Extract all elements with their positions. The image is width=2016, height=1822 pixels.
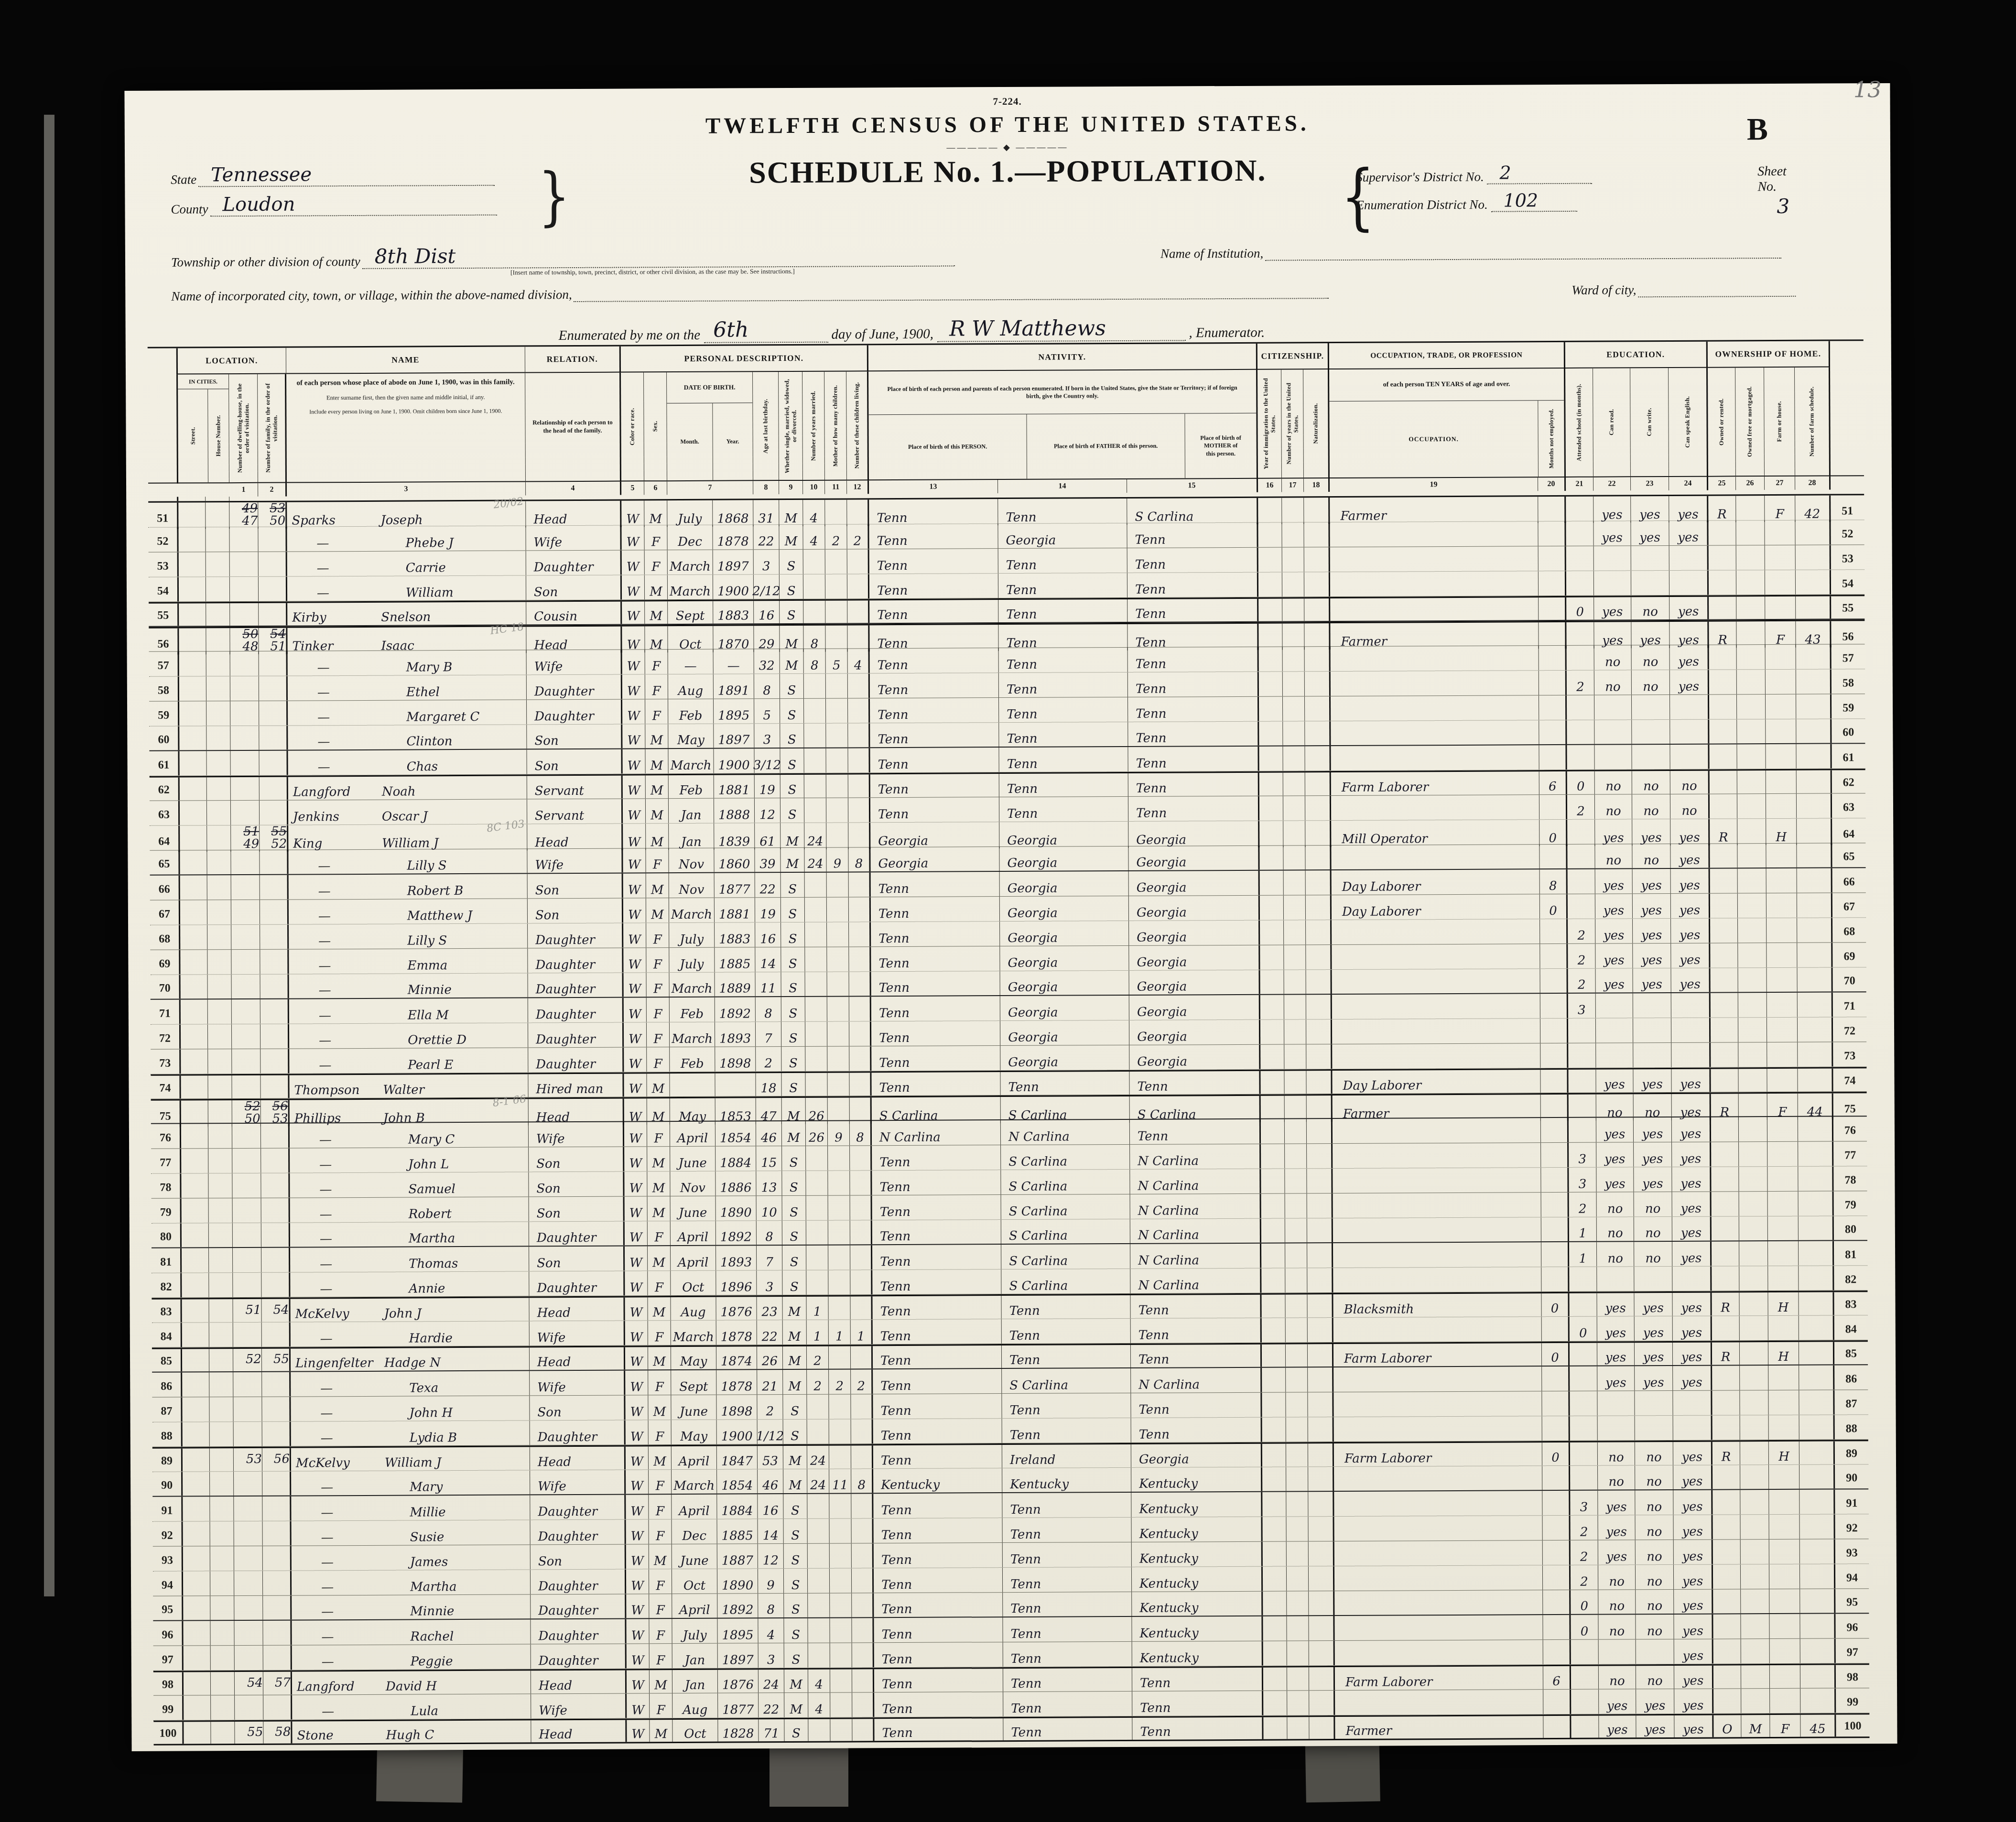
cell-name: ThompsonWalter bbox=[289, 1074, 528, 1098]
row-number-left: 56 bbox=[149, 629, 177, 655]
cell-age: 22 bbox=[753, 525, 779, 549]
row-number-right: 59 bbox=[1832, 694, 1865, 718]
cell-fam bbox=[260, 1049, 289, 1074]
cell-age: 46 bbox=[756, 1121, 782, 1146]
cell-pobm: S Carlina bbox=[1127, 498, 1258, 525]
cell-sex: M bbox=[649, 1544, 672, 1569]
cell-att bbox=[1567, 845, 1595, 868]
cell-fh bbox=[1767, 1142, 1798, 1166]
cell-mar: M bbox=[784, 1693, 808, 1717]
cell-write: yes bbox=[1632, 819, 1670, 846]
cell-mb bbox=[827, 997, 849, 1021]
enumeration-line: Enumerated by me on the 6th day of June,… bbox=[559, 315, 1265, 344]
row-number-right: 81 bbox=[1834, 1241, 1867, 1265]
row-number-left: 96 bbox=[153, 1621, 182, 1646]
cell-mo: Aug bbox=[671, 1297, 716, 1320]
cell-race: W bbox=[622, 575, 645, 599]
cell-fh: H bbox=[1769, 1442, 1799, 1464]
cell-pobf: Georgia bbox=[1000, 871, 1129, 896]
cell-nat bbox=[1309, 1566, 1334, 1591]
cell-pob: Tenn bbox=[869, 574, 998, 598]
cell-speak bbox=[1673, 1391, 1712, 1415]
cell-att: 0 bbox=[1571, 1615, 1598, 1639]
cell-rel: Son bbox=[526, 575, 622, 600]
cell-sched bbox=[1796, 694, 1832, 719]
cell-imm bbox=[1261, 1119, 1285, 1144]
cell-pobm: N Carlina bbox=[1130, 1194, 1261, 1219]
cell-speak bbox=[1670, 720, 1709, 744]
cell-house bbox=[206, 726, 230, 750]
institution-line: Name of Institution, bbox=[1160, 241, 1781, 261]
cell-rel: Daughter bbox=[531, 1644, 627, 1669]
cell-rel: Daughter bbox=[528, 998, 624, 1023]
row-number-left: 82 bbox=[152, 1273, 180, 1298]
cell-race: W bbox=[622, 724, 645, 748]
cell-speak: yes bbox=[1670, 819, 1710, 846]
cell-ml bbox=[850, 1270, 872, 1294]
cell-sex: M bbox=[649, 1446, 672, 1469]
county-value: Loudon bbox=[210, 193, 302, 216]
cell-ml bbox=[848, 698, 870, 723]
cell-mne bbox=[1539, 695, 1567, 720]
cell-name: —Rachel bbox=[292, 1619, 531, 1645]
cell-mar: S bbox=[782, 1196, 806, 1220]
cell-mar: S bbox=[781, 1022, 805, 1046]
cell-mb bbox=[825, 600, 847, 623]
cell-age: 71 bbox=[759, 1719, 784, 1741]
cell-mne: 0 bbox=[1542, 1442, 1570, 1465]
cell-imm bbox=[1259, 821, 1283, 847]
cell-pobm: Tenn bbox=[1132, 1668, 1263, 1691]
cell-house bbox=[210, 1497, 234, 1521]
cell-street bbox=[177, 527, 206, 552]
cell-age: 2 bbox=[756, 1047, 781, 1071]
cell-own bbox=[1709, 545, 1736, 570]
census-sheet-page: 7-224. TWELFTH CENSUS OF THE UNITED STAT… bbox=[124, 83, 1897, 1751]
cell-fam bbox=[260, 975, 289, 998]
cell-ym bbox=[806, 1196, 828, 1220]
col-number: 17 bbox=[1282, 478, 1304, 492]
cell-street bbox=[180, 1100, 208, 1127]
cell-race: W bbox=[622, 699, 645, 724]
cell-read bbox=[1599, 1639, 1636, 1664]
cell-imm bbox=[1259, 747, 1283, 771]
cell-ml bbox=[852, 1669, 874, 1692]
cell-name: —Phebe J bbox=[287, 526, 526, 551]
cell-house bbox=[207, 925, 231, 949]
cell-ym bbox=[807, 1494, 829, 1518]
row-number-left: 89 bbox=[152, 1449, 181, 1472]
cell-att: 0 bbox=[1570, 1317, 1597, 1341]
cell-own bbox=[1711, 1142, 1739, 1166]
cell-pob: Tenn bbox=[874, 1568, 1003, 1593]
cell-pobm: Georgia bbox=[1129, 1020, 1260, 1045]
cell-fh bbox=[1766, 794, 1797, 818]
cell-write: yes bbox=[1631, 521, 1669, 545]
district-block: { Supervisor's District No. 2 Enumeratio… bbox=[1356, 162, 1593, 218]
cell-rel: Wife bbox=[526, 526, 621, 551]
cell-age: 53 bbox=[758, 1446, 783, 1469]
cell-name: —Samuel bbox=[290, 1172, 529, 1197]
cell-pob: Georgia bbox=[870, 822, 999, 849]
cell-nat bbox=[1305, 647, 1331, 671]
cell-dw bbox=[233, 1273, 261, 1297]
row-number-right: 51 bbox=[1831, 495, 1864, 521]
cell-mne bbox=[1538, 497, 1566, 523]
cell-mort bbox=[1739, 1292, 1768, 1315]
cell-house bbox=[206, 502, 229, 529]
cell-mne bbox=[1539, 745, 1567, 770]
cell-house bbox=[207, 900, 231, 924]
row-number-right: 85 bbox=[1834, 1342, 1868, 1364]
cell-pobm: N Carlina bbox=[1130, 1219, 1261, 1243]
cell-nat bbox=[1306, 895, 1332, 920]
cell-yr: 1884 bbox=[715, 1146, 756, 1171]
cell-yr: 1877 bbox=[718, 1693, 759, 1717]
cell-age: 22 bbox=[755, 873, 781, 897]
cell-sex: M bbox=[645, 601, 668, 624]
cell-fam bbox=[259, 676, 288, 701]
cell-mne bbox=[1541, 1193, 1569, 1217]
cell-ym bbox=[805, 972, 827, 996]
cell-mb bbox=[827, 1021, 849, 1046]
cell-sex: F bbox=[644, 525, 667, 550]
cell-fh: F bbox=[1770, 1715, 1800, 1737]
cell-occ bbox=[1333, 1267, 1541, 1292]
cell-fam bbox=[263, 1571, 292, 1595]
cell-yus bbox=[1284, 995, 1306, 1019]
cell-read: yes bbox=[1597, 1293, 1634, 1316]
cell-att bbox=[1570, 1391, 1597, 1416]
cell-speak: yes bbox=[1674, 1590, 1713, 1614]
cell-name: —James bbox=[292, 1545, 531, 1570]
cell-sched bbox=[1796, 545, 1831, 570]
cell-yus bbox=[1286, 1467, 1308, 1491]
cell-mort bbox=[1741, 1689, 1770, 1713]
row-number-right: 76 bbox=[1833, 1117, 1867, 1141]
cell-occ bbox=[1333, 1366, 1542, 1392]
cell-imm bbox=[1258, 599, 1282, 621]
cell-write: yes bbox=[1633, 869, 1671, 893]
row-number-left: 92 bbox=[153, 1522, 182, 1546]
cell-nat bbox=[1309, 1616, 1334, 1640]
cell-pobm: Tenn bbox=[1129, 1071, 1260, 1095]
cell-street bbox=[180, 1223, 209, 1247]
cell-mne bbox=[1540, 919, 1568, 944]
cell-yus bbox=[1283, 846, 1305, 869]
cell-mort bbox=[1738, 893, 1767, 918]
cell-speak bbox=[1672, 1267, 1712, 1291]
col-number: 9 bbox=[779, 481, 803, 494]
cell-occ: Farm Laborer bbox=[1331, 771, 1539, 795]
cell-house bbox=[206, 676, 230, 701]
cell-fh bbox=[1767, 943, 1797, 967]
cell-pob: Tenn bbox=[869, 600, 998, 623]
cell-rel: Head bbox=[531, 1670, 627, 1694]
cell-age: 12 bbox=[755, 798, 780, 823]
cell-own: R bbox=[1711, 1094, 1739, 1120]
cell-pob: Tenn bbox=[870, 797, 999, 822]
cell-sex: M bbox=[645, 626, 668, 652]
free-mortgaged-col-label: Owned free or mortgaged. bbox=[1735, 368, 1765, 477]
cell-read bbox=[1597, 1391, 1635, 1415]
cell-pobm: N Carlina bbox=[1130, 1269, 1261, 1293]
cell-read: yes bbox=[1597, 1343, 1635, 1365]
group-education: EDUCATION. bbox=[1565, 342, 1708, 369]
cell-dw bbox=[235, 1695, 263, 1720]
cell-mb bbox=[826, 673, 848, 698]
cell-speak: yes bbox=[1671, 1069, 1711, 1092]
cell-pob: Tenn bbox=[873, 1319, 1002, 1344]
cell-pobm: Tenn bbox=[1128, 722, 1259, 746]
cell-fam bbox=[261, 1173, 290, 1198]
state-label: State bbox=[171, 172, 196, 186]
cell-fam bbox=[261, 1124, 290, 1148]
cell-own: R bbox=[1710, 819, 1737, 845]
cell-write: yes bbox=[1634, 1167, 1672, 1192]
col-number: 26 bbox=[1736, 477, 1765, 490]
row-number-right: 57 bbox=[1832, 644, 1865, 669]
cell-pobm: Kentucky bbox=[1132, 1641, 1263, 1666]
cell-mar: S bbox=[784, 1618, 808, 1643]
attended-school-col-label: Attended school (in months). bbox=[1565, 369, 1593, 477]
pob-mother-col-label: Place of birth of MOTHER of this person. bbox=[1185, 413, 1257, 478]
cell-own bbox=[1709, 645, 1737, 669]
cell-pobm: Tenn bbox=[1131, 1393, 1262, 1418]
cell-own bbox=[1711, 1117, 1739, 1141]
cell-occ: Day Laborer bbox=[1332, 1070, 1540, 1094]
cell-age: 7 bbox=[757, 1246, 782, 1270]
cell-race: W bbox=[624, 1147, 647, 1171]
cell-own bbox=[1712, 1266, 1739, 1291]
cell-read: yes bbox=[1594, 622, 1631, 648]
row-number-right: 84 bbox=[1834, 1315, 1868, 1340]
cell-ml bbox=[851, 1494, 873, 1518]
cell-fh bbox=[1765, 570, 1796, 595]
cell-house bbox=[210, 1448, 234, 1471]
cell-dw bbox=[233, 1223, 261, 1247]
cell-pob: Tenn bbox=[874, 1642, 1003, 1667]
row-number-left: 94 bbox=[153, 1572, 182, 1596]
cell-pobf: Tenn bbox=[1003, 1542, 1132, 1567]
cell-write bbox=[1632, 695, 1670, 719]
cell-sched bbox=[1798, 1141, 1833, 1166]
cell-rel: Son bbox=[528, 899, 623, 923]
cell-pobm: Tenn bbox=[1128, 647, 1259, 672]
cell-pob: Tenn bbox=[874, 1543, 1003, 1568]
cell-ym bbox=[804, 798, 826, 823]
cell-ml bbox=[849, 972, 871, 996]
cell-nat bbox=[1308, 1367, 1333, 1392]
cell-pobf: Tenn bbox=[1003, 1692, 1132, 1716]
row-number-right: 88 bbox=[1835, 1415, 1868, 1439]
cell-read: yes bbox=[1595, 819, 1632, 846]
cell-street bbox=[182, 1521, 210, 1546]
cell-imm bbox=[1258, 548, 1282, 572]
cell-yr: 1890 bbox=[717, 1569, 758, 1593]
cell-nat bbox=[1309, 1667, 1335, 1690]
cell-imm bbox=[1263, 1717, 1287, 1739]
cell-yus bbox=[1287, 1691, 1309, 1715]
cell-house bbox=[211, 1672, 235, 1695]
cell-mne: 0 bbox=[1539, 820, 1567, 846]
cell-write: yes bbox=[1631, 622, 1669, 648]
cell-dw bbox=[232, 1049, 260, 1074]
cell-age: 29 bbox=[754, 626, 780, 652]
cell-street bbox=[182, 1571, 210, 1595]
cell-mort bbox=[1739, 1117, 1767, 1141]
county-label: County bbox=[171, 202, 208, 216]
enum-mid: day of June, 1900, bbox=[831, 326, 933, 342]
cell-age: 8 bbox=[754, 674, 780, 698]
cell-yr: 1895 bbox=[714, 699, 754, 723]
cell-mne bbox=[1539, 571, 1566, 596]
cell-fh: H bbox=[1768, 1292, 1799, 1315]
cell-ym: 4 bbox=[808, 1693, 830, 1717]
cell-yr: 1893 bbox=[715, 1022, 756, 1046]
cell-ml bbox=[849, 1073, 871, 1095]
cell-pobf: S Carlina bbox=[1001, 1145, 1130, 1170]
cell-sex: F bbox=[649, 1495, 672, 1519]
cell-mne bbox=[1540, 1043, 1568, 1068]
cell-age: 16 bbox=[758, 1494, 783, 1518]
cell-sex: F bbox=[645, 550, 668, 575]
cell-name: —Lula bbox=[292, 1694, 531, 1719]
cell-mort bbox=[1739, 1167, 1767, 1191]
cell-age: 22 bbox=[759, 1693, 784, 1717]
cell-pob: Tenn bbox=[871, 872, 1000, 897]
cell-mort bbox=[1740, 1415, 1769, 1440]
row-number-right: 82 bbox=[1834, 1266, 1867, 1290]
cell-pob: Tenn bbox=[874, 1593, 1003, 1617]
cell-sched bbox=[1799, 1266, 1834, 1290]
cell-pobf: Tenn bbox=[999, 697, 1128, 722]
cell-race: W bbox=[627, 1670, 650, 1693]
row-number-right: 83 bbox=[1834, 1292, 1867, 1315]
cell-yr: 1897 bbox=[714, 724, 754, 748]
cell-age: 24 bbox=[759, 1670, 784, 1692]
cell-imm bbox=[1260, 1020, 1284, 1044]
cell-ml bbox=[851, 1419, 873, 1443]
cell-fam bbox=[260, 777, 288, 800]
cell-imm bbox=[1262, 1345, 1286, 1367]
cell-age: 3 bbox=[759, 1643, 784, 1668]
cell-mort bbox=[1736, 570, 1765, 595]
cell-name: —Ella M bbox=[289, 998, 528, 1023]
cell-name: —Thomas bbox=[290, 1247, 529, 1272]
cell-name: LangfordDavid H bbox=[292, 1670, 531, 1694]
cell-yr: 1898 bbox=[715, 1047, 756, 1071]
cell-house bbox=[208, 1100, 232, 1127]
cell-sex: M bbox=[647, 1098, 670, 1125]
cell-write: no bbox=[1635, 1490, 1673, 1515]
cell-pob: Georgia bbox=[870, 847, 999, 871]
cell-dw bbox=[230, 577, 259, 601]
cell-name: JenkinsOscar J bbox=[288, 799, 527, 824]
row-number-right: 73 bbox=[1833, 1042, 1866, 1066]
cell-ym bbox=[806, 1146, 828, 1171]
cell-own bbox=[1711, 1042, 1738, 1067]
cell-mort bbox=[1738, 868, 1767, 893]
cell-fam bbox=[261, 1198, 290, 1223]
cell-pobm: Kentucky bbox=[1131, 1492, 1262, 1517]
cell-pobm: Georgia bbox=[1129, 995, 1260, 1020]
cell-pob: Tenn bbox=[871, 897, 1000, 922]
cell-sched bbox=[1797, 868, 1832, 893]
cell-own bbox=[1712, 1316, 1740, 1340]
cell-ml: 1 bbox=[851, 1320, 873, 1344]
cell-att bbox=[1568, 869, 1595, 894]
cell-pobm: Tenn bbox=[1127, 573, 1258, 597]
cell-yus bbox=[1286, 1492, 1308, 1516]
cell-fh bbox=[1768, 1390, 1799, 1415]
cell-mb bbox=[826, 823, 848, 849]
cell-yus bbox=[1284, 920, 1306, 944]
cell-name: —Margaret C bbox=[288, 700, 527, 725]
cell-dw bbox=[230, 603, 259, 626]
row-number-right: 60 bbox=[1832, 719, 1865, 743]
cell-ml bbox=[850, 1195, 872, 1220]
cell-read: no bbox=[1598, 1442, 1635, 1465]
cell-ym bbox=[807, 1519, 829, 1543]
row-number-right: 54 bbox=[1831, 570, 1864, 594]
cell-mort bbox=[1741, 1564, 1769, 1589]
cell-street bbox=[177, 552, 206, 576]
cell-name: —Ethel bbox=[288, 675, 527, 700]
cell-write: yes bbox=[1633, 919, 1671, 943]
cell-age: 13 bbox=[756, 1171, 782, 1195]
cell-occ bbox=[1335, 1640, 1543, 1665]
cell-write: no bbox=[1635, 1515, 1673, 1540]
row-number-left: 80 bbox=[152, 1224, 180, 1247]
cell-sched bbox=[1800, 1564, 1835, 1588]
cell-age: 16 bbox=[755, 922, 781, 947]
cell-mb bbox=[828, 1220, 850, 1244]
cell-dw bbox=[234, 1571, 263, 1595]
cell-mne: 6 bbox=[1543, 1666, 1571, 1689]
cell-dw bbox=[234, 1422, 262, 1446]
cell-sched: 42 bbox=[1795, 496, 1831, 522]
cell-own bbox=[1712, 1390, 1740, 1415]
cell-fh bbox=[1769, 1614, 1800, 1638]
cell-att bbox=[1570, 1416, 1598, 1441]
cell-own bbox=[1711, 1167, 1739, 1191]
cell-nat bbox=[1306, 920, 1332, 944]
cell-mar: S bbox=[781, 947, 805, 972]
cell-read: yes bbox=[1599, 1715, 1636, 1737]
row-number-right: 91 bbox=[1835, 1489, 1868, 1514]
cell-speak: yes bbox=[1673, 1316, 1712, 1341]
cell-ym: 26 bbox=[806, 1098, 828, 1124]
cell-mort bbox=[1736, 496, 1765, 522]
cell-mne bbox=[1543, 1690, 1571, 1714]
cell-read: yes bbox=[1599, 1689, 1636, 1714]
cell-mort bbox=[1741, 1614, 1769, 1638]
cell-imm bbox=[1262, 1517, 1286, 1541]
cell-pob: Tenn bbox=[873, 1369, 1002, 1394]
cell-nat bbox=[1307, 1218, 1333, 1242]
cell-fh bbox=[1767, 968, 1797, 992]
cell-house bbox=[208, 975, 232, 998]
cell-dw bbox=[230, 552, 259, 576]
group-ownership: OWNERSHIP OF HOME. bbox=[1708, 341, 1830, 368]
cell-name: —Lilly S bbox=[288, 849, 527, 874]
cell-read: yes bbox=[1598, 1490, 1635, 1515]
cell-sex: F bbox=[647, 1047, 670, 1072]
cell-street bbox=[180, 1273, 209, 1297]
form-code: 7-224. bbox=[147, 92, 1868, 111]
sheet-letter: B bbox=[1747, 111, 1768, 148]
